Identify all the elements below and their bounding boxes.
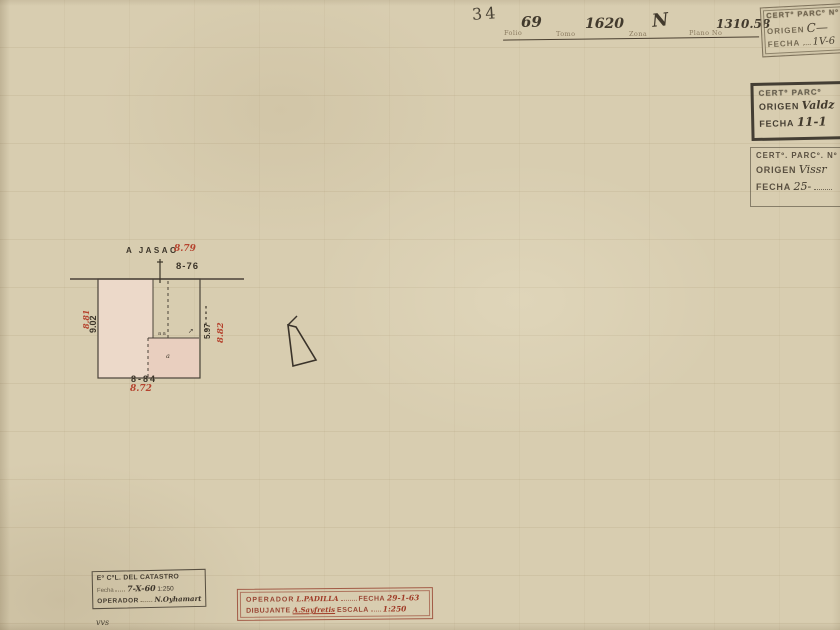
street-name-label: A JASAO xyxy=(126,246,179,255)
operador-label: OPERADOR xyxy=(246,596,295,603)
dim-left-red: 8.81 xyxy=(81,310,91,329)
catastro-operador-value: N.Oyhamart xyxy=(154,594,201,604)
cert-stamp-1-origen-value: C— xyxy=(806,20,828,35)
cert-stamp-3-origen-value: Vissr xyxy=(799,163,827,176)
cert-stamp-3-fecha-value: 25- xyxy=(794,180,812,193)
cert-stamp-1-title: CERTº PARCº Nº xyxy=(766,7,840,20)
catastro-title: Eº CºL. DEL CATASTRO xyxy=(97,573,201,582)
cert-stamp-2-fecha-label: FECHA xyxy=(759,118,794,129)
small-mark-inner: a xyxy=(166,352,170,360)
cert-stamp-2-origen-label: ORIGEN xyxy=(759,101,800,112)
catastro-stamp: Eº CºL. DEL CATASTRO Fecha 7-X-60 1:250 … xyxy=(92,569,207,609)
cert-stamp-3: CERTº. PARCº. Nº ORIGEN Vissr FECHA 25- xyxy=(750,147,840,207)
small-arrow-mark: ➚ xyxy=(188,327,194,335)
parcel-shaded-left xyxy=(98,279,153,378)
dim-bottom-black: 8-84 xyxy=(131,374,157,384)
plan-drawing xyxy=(0,0,840,630)
cert-stamp-2-title: CERTº PARCº xyxy=(759,87,840,98)
dim-top-red: 8.79 xyxy=(174,244,196,254)
dibujante-label: DIBUJANTE xyxy=(246,607,291,614)
cert-stamp-3-title: CERTº. PARCº. Nº xyxy=(756,151,840,160)
catastro-fecha-label: Fecha xyxy=(97,588,114,594)
catastro-fecha-value: 7-X-60 xyxy=(127,583,156,594)
catastro-operador-label: OPERADOR xyxy=(97,597,139,605)
header-underline xyxy=(503,20,759,40)
small-mark-upper: a a xyxy=(158,331,166,337)
dim-bottom-red: 8.72 xyxy=(130,384,152,394)
cert-stamp-2-fecha-value: 11-1 xyxy=(797,114,827,129)
cert-stamp-1-fecha-value: 1V-6 xyxy=(812,36,835,48)
dibujante-value: A.Sayfretis xyxy=(293,605,336,614)
wedge-hook xyxy=(288,316,297,325)
handwritten-scribble: vvs xyxy=(96,618,109,627)
operador-value: L.PADILLA xyxy=(296,594,338,603)
cert-stamp-1-origen-label: ORIGEN xyxy=(767,25,805,36)
operador-fecha-value: 29-1-63 xyxy=(387,593,419,602)
catastro-escala-value: 1:250 xyxy=(157,585,173,592)
cert-stamp-1: CERTº PARCº Nº ORIGEN C— FECHA 1V-6 xyxy=(760,3,840,58)
escala-label: ESCALA xyxy=(337,607,369,614)
page-number: 34 xyxy=(471,3,499,24)
dim-right-red: 8.82 xyxy=(216,322,226,343)
cert-stamp-3-fecha-label: FECHA xyxy=(756,182,791,192)
cert-stamp-1-fecha-label: FECHA xyxy=(767,38,800,49)
cert-stamp-3-origen-label: ORIGEN xyxy=(756,165,796,175)
wedge-shape xyxy=(288,325,316,366)
parcel-shaded-inner xyxy=(148,338,199,378)
operador-fecha-label: FECHA xyxy=(358,596,385,603)
dim-right-black: 5.97 xyxy=(203,323,212,339)
scanned-cadastral-document: 34 Folio 69 Tomo 1620 Zona N Plano No 13… xyxy=(0,0,840,630)
cert-stamp-2-origen-value: Valdz xyxy=(802,98,835,112)
dim-top-black: 8-76 xyxy=(176,261,199,272)
cert-stamp-2: CERTº PARCº ORIGEN Valdz FECHA 11-1 xyxy=(750,81,840,141)
escala-value: 1:250 xyxy=(383,604,407,613)
operador-stamp: OPERADOR L.PADILLA FECHA 29-1-63 DIBUJAN… xyxy=(237,587,433,621)
